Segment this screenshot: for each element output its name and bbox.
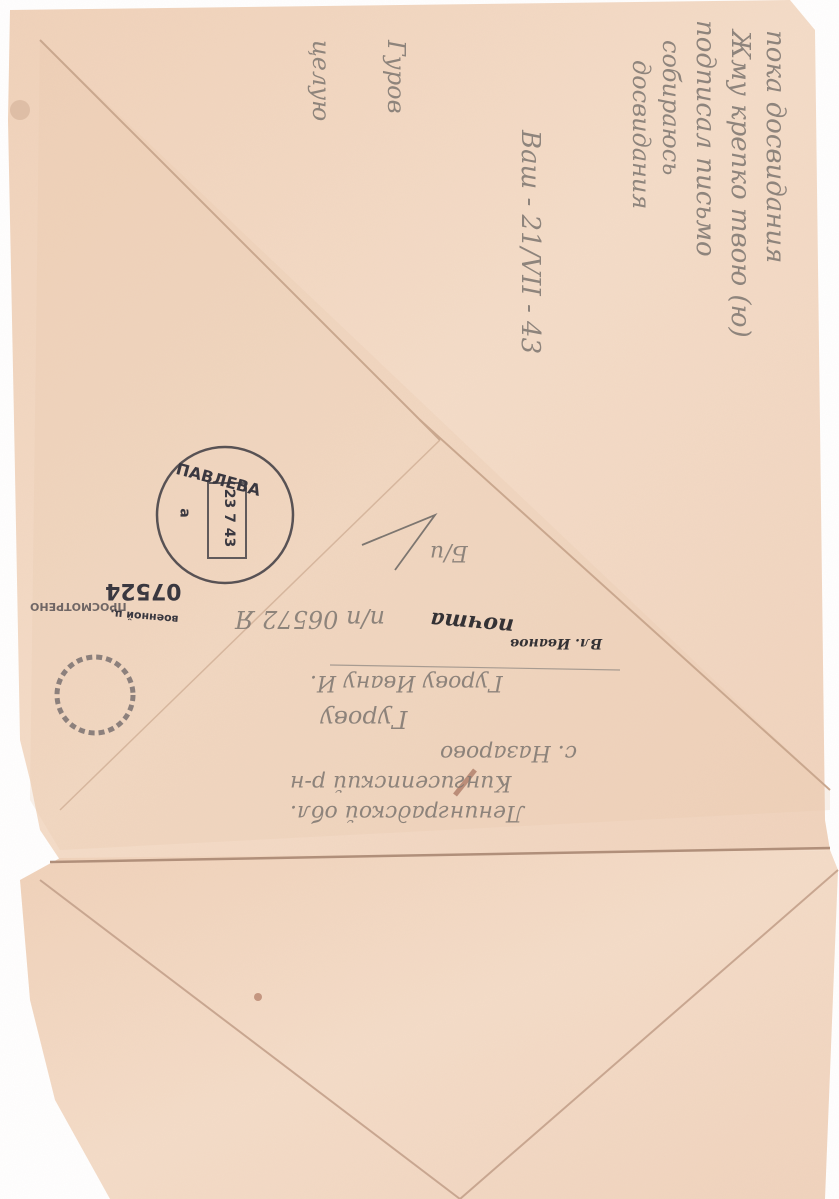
letter-line-2: Жму крепко твою (ю) xyxy=(725,30,755,338)
letter-line-5: досвидания xyxy=(627,60,655,209)
letter-line-8: целую xyxy=(307,40,335,121)
address-field-post: п/п 06572 Я xyxy=(235,605,385,633)
address-recipient-line: Гурову Ивану И. xyxy=(310,670,503,695)
postmark-letter: а xyxy=(177,508,193,517)
censor-line1: ПРОСМОТРЕНО xyxy=(30,600,127,613)
letter-line-7: Гуров xyxy=(382,40,410,114)
address-oblast: Ленинградской обл. xyxy=(290,800,524,825)
address-village: с. Назарово xyxy=(440,740,577,765)
address-corner-note: Вл. Иванов xyxy=(510,635,602,651)
letter-line-6: Ваш - 21/VII - 43 xyxy=(515,130,545,354)
letter-line-4: собираюсь xyxy=(657,40,685,175)
address-recipient-short: Гурову xyxy=(320,705,408,733)
letter-line-3: подписал письмо xyxy=(690,20,720,257)
address-region: Кингисеппский р-н xyxy=(290,770,511,795)
postmark-date: 23 7 43 xyxy=(221,489,237,547)
address-sender-note: Б/и xyxy=(430,540,468,565)
letter-line-1: пока досвидания xyxy=(760,30,790,263)
